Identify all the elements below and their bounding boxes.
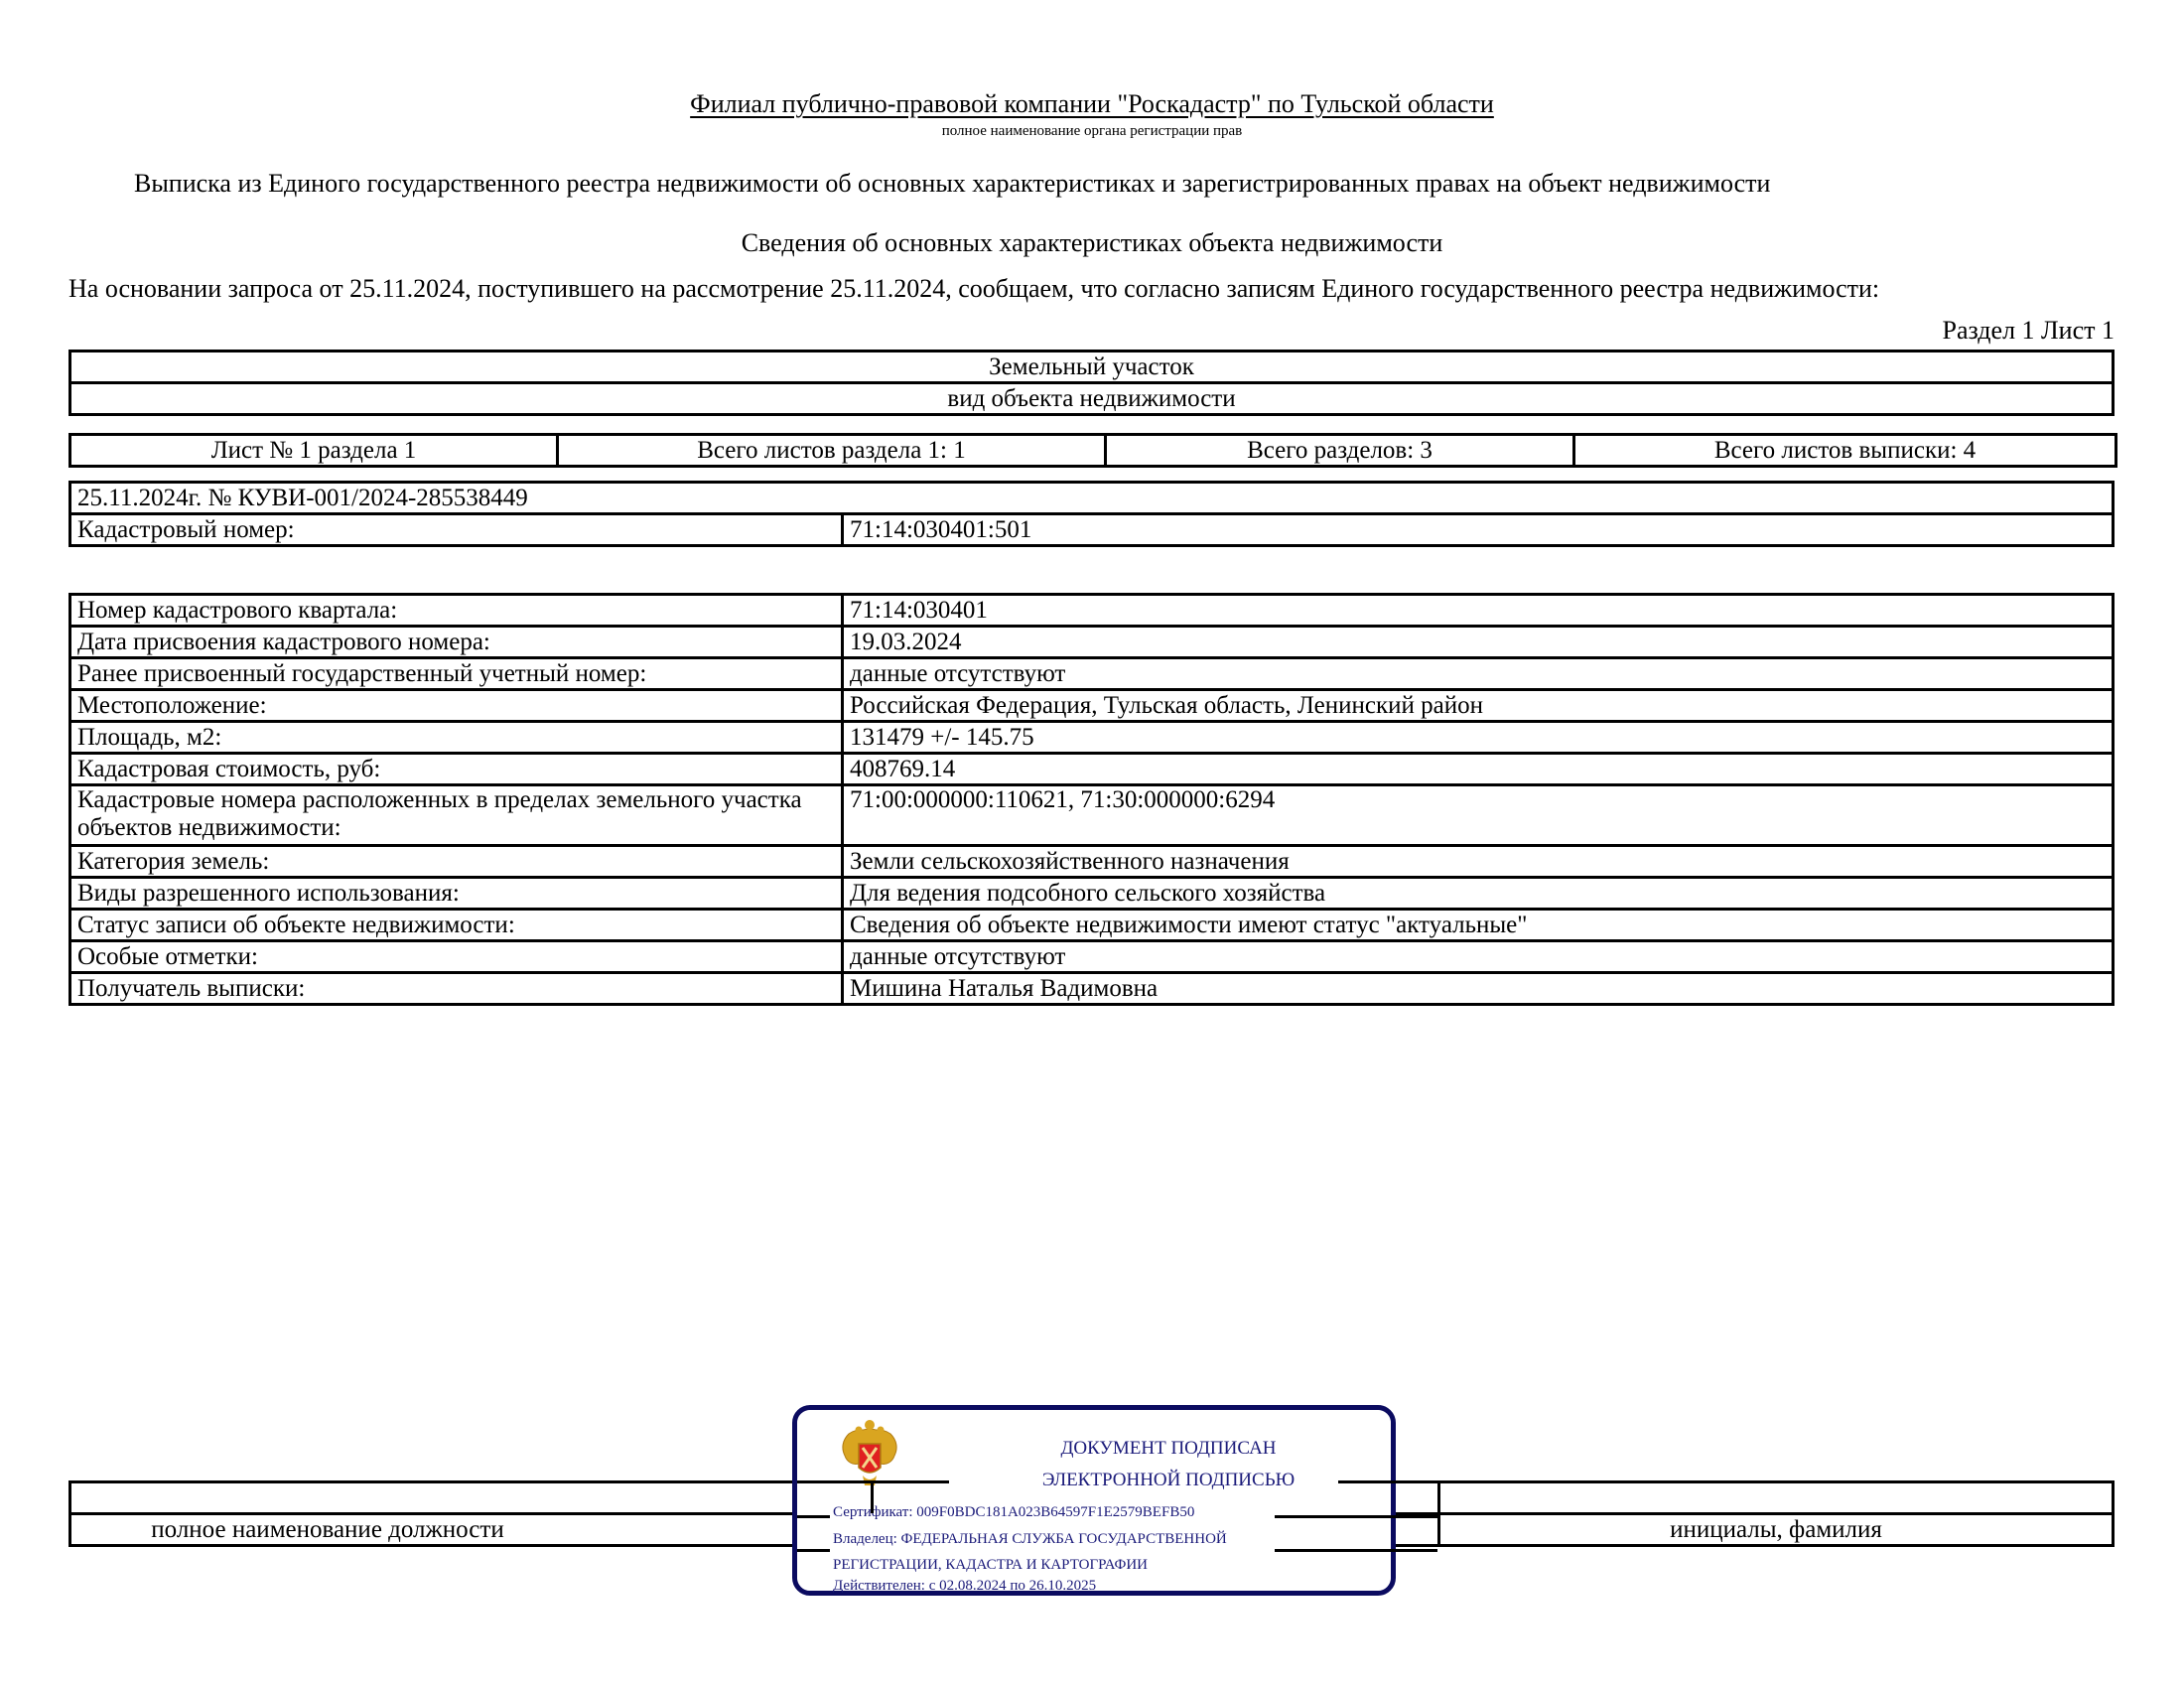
characteristics-table: Номер кадастрового квартала:71:14:030401… bbox=[68, 593, 2115, 1006]
organization-caption: полное наименование органа регистрации п… bbox=[0, 123, 2184, 140]
characteristic-label: Местоположение: bbox=[70, 690, 843, 722]
table-row: Получатель выписки:Мишина Наталья Вадимо… bbox=[70, 973, 2114, 1005]
characteristic-label: Категория земель: bbox=[70, 846, 843, 878]
signature-line-segment bbox=[797, 1515, 830, 1518]
object-kind-value: Земельный участок bbox=[70, 352, 2114, 383]
characteristic-label: Кадастровая стоимость, руб: bbox=[70, 754, 843, 785]
signature-line-segment bbox=[1275, 1515, 1402, 1518]
characteristic-label: Дата присвоения кадастрового номера: bbox=[70, 627, 843, 658]
characteristic-value: Мишина Наталья Вадимовна bbox=[843, 973, 2114, 1005]
object-kind-table: Земельный участок вид объекта недвижимос… bbox=[68, 350, 2115, 416]
characteristic-value: данные отсутствуют bbox=[843, 658, 2114, 690]
characteristic-label: Номер кадастрового квартала: bbox=[70, 595, 843, 627]
table-row: Категория земель:Земли сельскохозяйствен… bbox=[70, 846, 2114, 878]
signature-line-segment bbox=[1402, 1515, 1437, 1518]
sheets-table: Лист № 1 раздела 1 Всего листов раздела … bbox=[68, 433, 2117, 468]
section-title: Сведения об основных характеристиках объ… bbox=[0, 228, 2184, 258]
characteristic-value: Сведения об объекте недвижимости имеют с… bbox=[843, 910, 2114, 941]
table-row: Кадастровая стоимость, руб:408769.14 bbox=[70, 754, 2114, 785]
characteristic-value: 71:14:030401 bbox=[843, 595, 2114, 627]
table-row: Номер кадастрового квартала:71:14:030401 bbox=[70, 595, 2114, 627]
sheet-label: Раздел 1 Лист 1 bbox=[1943, 316, 2116, 346]
characteristic-value: 131479 +/- 145.75 bbox=[843, 722, 2114, 754]
sections-total: Всего разделов: 3 bbox=[1106, 435, 1574, 467]
stamp-certificate: Сертификат: 009F0BDC181A023B64597F1E2579… bbox=[833, 1504, 1194, 1521]
name-field bbox=[1439, 1482, 2114, 1514]
characteristic-label: Получатель выписки: bbox=[70, 973, 843, 1005]
signature-line-segment bbox=[1402, 1480, 1437, 1483]
characteristic-label: Ранее присвоенный государственный учетны… bbox=[70, 658, 843, 690]
extract-sheets-total: Всего листов выписки: 4 bbox=[1574, 435, 2116, 467]
signature-line-segment bbox=[1402, 1549, 1437, 1552]
table-row: Кадастровые номера расположенных в преде… bbox=[70, 785, 2114, 846]
table-row: Виды разрешенного использования:Для веде… bbox=[70, 878, 2114, 910]
section-sheets-total: Всего листов раздела 1: 1 bbox=[558, 435, 1106, 467]
signature-line-segment bbox=[797, 1549, 830, 1552]
table-row: Статус записи об объекте недвижимости:Св… bbox=[70, 910, 2114, 941]
intro-text: На основании запроса от 25.11.2024, пост… bbox=[68, 274, 1879, 304]
characteristic-value: 408769.14 bbox=[843, 754, 2114, 785]
signature-line-segment bbox=[1338, 1480, 1402, 1483]
record-table: 25.11.2024г. № КУВИ-001/2024-285538449 К… bbox=[68, 481, 2115, 547]
characteristic-label: Кадастровые номера расположенных в преде… bbox=[70, 785, 843, 846]
stamp-tick-line bbox=[871, 1480, 874, 1513]
stamp-owner-line-1: Владелец: ФЕДЕРАЛЬНАЯ СЛУЖБА ГОСУДАРСТВЕ… bbox=[833, 1531, 1227, 1548]
characteristic-value: Для ведения подсобного сельского хозяйст… bbox=[843, 878, 2114, 910]
electronic-signature-stamp: ДОКУМЕНТ ПОДПИСАН ЭЛЕКТРОННОЙ ПОДПИСЬЮ С… bbox=[792, 1405, 1396, 1596]
characteristic-value: 71:00:000000:110621, 71:30:000000:6294 bbox=[843, 785, 2114, 846]
characteristic-label: Особые отметки: bbox=[70, 941, 843, 973]
characteristic-label: Виды разрешенного использования: bbox=[70, 878, 843, 910]
table-row: Местоположение:Российская Федерация, Тул… bbox=[70, 690, 2114, 722]
table-row: Ранее присвоенный государственный учетны… bbox=[70, 658, 2114, 690]
characteristic-value: данные отсутствуют bbox=[843, 941, 2114, 973]
signature-line-segment bbox=[797, 1480, 949, 1483]
record-number: 25.11.2024г. № КУВИ-001/2024-285538449 bbox=[70, 483, 2114, 514]
cadastral-number-label: Кадастровый номер: bbox=[70, 514, 843, 546]
characteristic-label: Статус записи об объекте недвижимости: bbox=[70, 910, 843, 941]
signature-line-segment bbox=[1275, 1549, 1402, 1552]
characteristic-value: 19.03.2024 bbox=[843, 627, 2114, 658]
characteristic-value: Земли сельскохозяйственного назначения bbox=[843, 846, 2114, 878]
table-row: Особые отметки:данные отсутствуют bbox=[70, 941, 2114, 973]
cadastral-number-value: 71:14:030401:501 bbox=[843, 514, 2114, 546]
stamp-validity: Действителен: с 02.08.2024 по 26.10.2025 bbox=[833, 1578, 1096, 1595]
stamp-owner-line-2: РЕГИСТРАЦИИ, КАДАСТРА И КАРТОГРАФИИ bbox=[833, 1557, 1148, 1574]
name-caption: инициалы, фамилия bbox=[1439, 1514, 2114, 1546]
organization-name: Филиал публично-правовой компании "Роска… bbox=[690, 89, 1494, 118]
characteristic-label: Площадь, м2: bbox=[70, 722, 843, 754]
sheet-number: Лист № 1 раздела 1 bbox=[70, 435, 558, 467]
object-kind-caption: вид объекта недвижимости bbox=[70, 383, 2114, 415]
table-row: Площадь, м2:131479 +/- 145.75 bbox=[70, 722, 2114, 754]
characteristic-value: Российская Федерация, Тульская область, … bbox=[843, 690, 2114, 722]
document-title: Выписка из Единого государственного реес… bbox=[134, 169, 1770, 199]
stamp-line-1: ДОКУМЕНТ ПОДПИСАН bbox=[797, 1438, 1391, 1460]
table-row: Дата присвоения кадастрового номера:19.0… bbox=[70, 627, 2114, 658]
organization-title: Филиал публично-правовой компании "Роска… bbox=[0, 89, 2184, 119]
